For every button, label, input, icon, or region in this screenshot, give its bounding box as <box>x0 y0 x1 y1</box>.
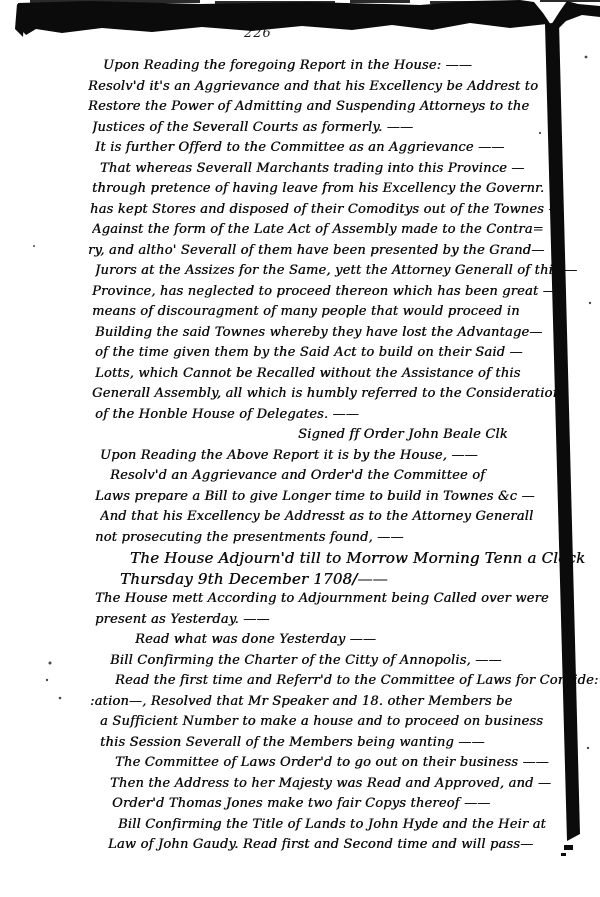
manuscript-line-2: Resolv'd it's an Aggrievance and that hi… <box>88 77 600 98</box>
page-number: 226 <box>244 26 272 41</box>
manuscript-line-14: Building the said Townes whereby they ha… <box>95 323 600 344</box>
manuscript-line-34: this Session Severall of the Members bei… <box>100 733 600 754</box>
manuscript-line-31: Read the first time and Referr'd to the … <box>115 671 600 692</box>
manuscript-line-27: The House mett According to Adjournment … <box>95 589 600 610</box>
manuscript-line-33: a Sufficient Number to make a house and … <box>100 712 600 733</box>
manuscript-line-12: Province, has neglected to proceed there… <box>92 282 600 303</box>
manuscript-line-29: Read what was done Yesterday —— <box>135 630 600 651</box>
manuscript-line-13: means of discouragment of many people th… <box>92 302 600 323</box>
manuscript-line-28: present as Yesterday. —— <box>95 610 600 631</box>
manuscript-line-10: ry, and altho' Severall of them have bee… <box>88 241 600 262</box>
manuscript-text: Upon Reading the foregoing Report in the… <box>0 56 600 856</box>
manuscript-line-35: The Committee of Laws Order'd to go out … <box>115 753 600 774</box>
manuscript-page: 226 Upon Reading the foregoing Report in… <box>0 0 600 897</box>
top-edge-band <box>17 0 600 35</box>
manuscript-line-1: Upon Reading the foregoing Report in the… <box>103 56 600 77</box>
manuscript-line-26: Thursday 9th December 1708/—— <box>120 569 600 590</box>
manuscript-line-22: Laws prepare a Bill to give Longer time … <box>95 487 600 508</box>
manuscript-line-23: And that his Excellency be Addresst as t… <box>100 507 600 528</box>
manuscript-line-17: Generall Assembly, all which is humbly r… <box>92 384 600 405</box>
manuscript-line-20: Upon Reading the Above Report it is by t… <box>100 446 600 467</box>
manuscript-line-37: Order'd Thomas Jones make two fair Copys… <box>112 794 600 815</box>
manuscript-line-16: Lotts, which Cannot be Recalled without … <box>95 364 600 385</box>
manuscript-line-18: of the Honble House of Delegates. —— <box>95 405 600 426</box>
manuscript-line-8: has kept Stores and disposed of their Co… <box>90 200 600 221</box>
manuscript-line-36: Then the Address to her Majesty was Read… <box>110 774 600 795</box>
manuscript-line-11: Jurors at the Assizes for the Same, yett… <box>95 261 600 282</box>
manuscript-line-21: Resolv'd an Aggrievance and Order'd the … <box>110 466 600 487</box>
manuscript-line-3: Restore the Power of Admitting and Suspe… <box>88 97 600 118</box>
top-edge-left-sliver <box>15 4 25 37</box>
top-edge-dashes <box>30 0 600 4</box>
manuscript-line-32: :ation—, Resolved that Mr Speaker and 18… <box>90 692 600 713</box>
manuscript-line-7: through pretence of having leave from hi… <box>92 179 600 200</box>
manuscript-line-9: Against the form of the Late Act of Asse… <box>92 220 600 241</box>
manuscript-line-39: Law of John Gaudy. Read first and Second… <box>108 835 600 856</box>
manuscript-line-15: of the time given them by the Said Act t… <box>95 343 600 364</box>
manuscript-line-24: not prosecuting the presentments found, … <box>95 528 600 549</box>
manuscript-line-25: The House Adjourn'd till to Morrow Morni… <box>130 548 600 569</box>
manuscript-line-19: Signed ff Order John Beale Clk <box>298 425 600 446</box>
manuscript-line-6: That whereas Severall Marchants trading … <box>100 159 600 180</box>
manuscript-line-5: It is further Offerd to the Committee as… <box>95 138 600 159</box>
manuscript-line-30: Bill Confirming the Charter of the Citty… <box>110 651 600 672</box>
manuscript-line-38: Bill Confirming the Title of Lands to Jo… <box>118 815 600 836</box>
manuscript-line-4: Justices of the Severall Courts as forme… <box>92 118 600 139</box>
